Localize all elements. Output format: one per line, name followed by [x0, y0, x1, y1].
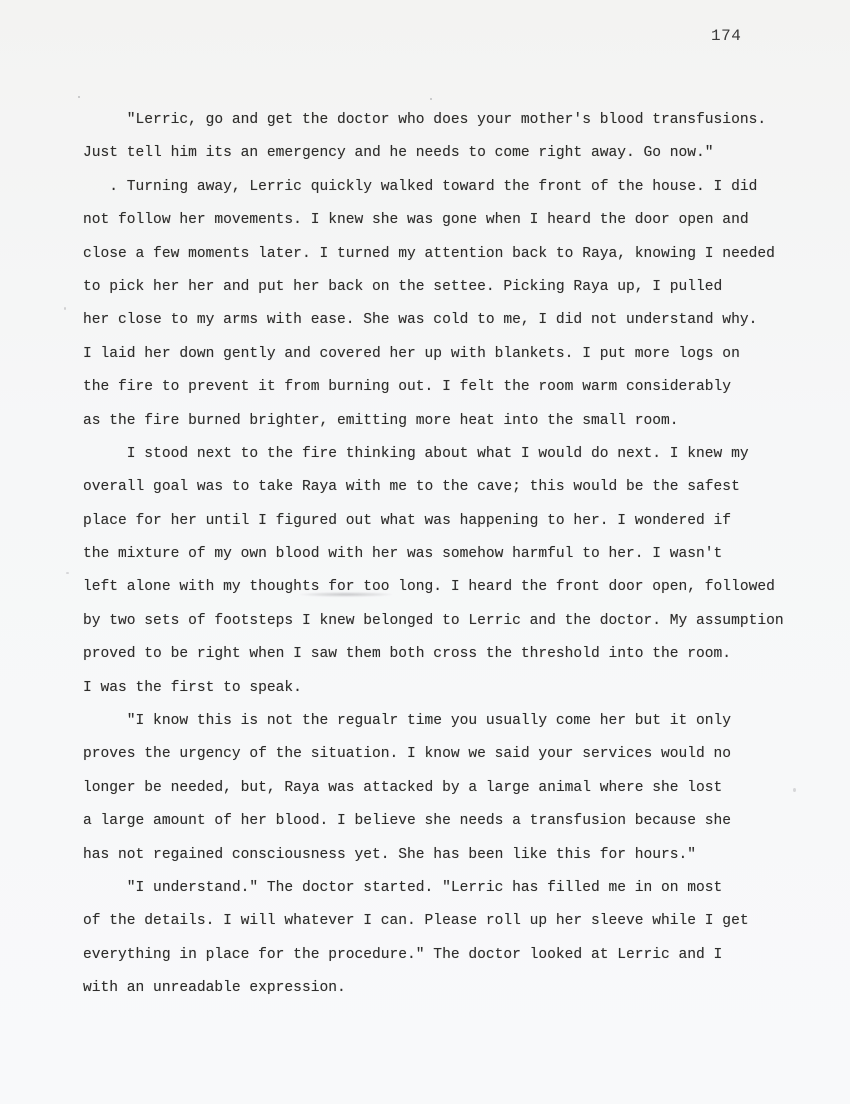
text-line: with an unreadable expression. — [83, 972, 813, 1005]
text-line: the fire to prevent it from burning out.… — [83, 371, 813, 404]
text-line: a large amount of her blood. I believe s… — [83, 805, 813, 838]
scan-speck — [66, 572, 69, 574]
manuscript-page: 174 "Lerric, go and get the doctor who d… — [0, 0, 850, 1104]
text-line: has not regained consciousness yet. She … — [83, 839, 813, 872]
text-line: close a few moments later. I turned my a… — [83, 238, 813, 271]
scan-speck — [430, 98, 432, 100]
text-line: her close to my arms with ease. She was … — [83, 304, 813, 337]
text-line: to pick her her and put her back on the … — [83, 271, 813, 304]
text-line: "I understand." The doctor started. "Ler… — [83, 872, 813, 905]
text-line: I was the first to speak. — [83, 672, 813, 705]
text-line: longer be needed, but, Raya was attacked… — [83, 772, 813, 805]
text-line: I stood next to the fire thinking about … — [83, 438, 813, 471]
text-line: not follow her movements. I knew she was… — [83, 204, 813, 237]
scan-speck — [78, 96, 80, 98]
scan-speck — [793, 788, 796, 792]
text-line: "Lerric, go and get the doctor who does … — [83, 104, 813, 137]
text-line: place for her until I figured out what w… — [83, 505, 813, 538]
text-line: everything in place for the procedure." … — [83, 939, 813, 972]
text-line: the mixture of my own blood with her was… — [83, 538, 813, 571]
text-line: proved to be right when I saw them both … — [83, 638, 813, 671]
text-line: as the fire burned brighter, emitting mo… — [83, 405, 813, 438]
text-line: by two sets of footsteps I knew belonged… — [83, 605, 813, 638]
text-line: left alone with my thoughts for too long… — [83, 571, 813, 604]
text-line: I laid her down gently and covered her u… — [83, 338, 813, 371]
scan-smudge — [300, 592, 392, 597]
text-line: of the details. I will whatever I can. P… — [83, 905, 813, 938]
scan-speck — [64, 307, 66, 310]
text-line: overall goal was to take Raya with me to… — [83, 471, 813, 504]
text-line: proves the urgency of the situation. I k… — [83, 738, 813, 771]
text-line: "I know this is not the regualr time you… — [83, 705, 813, 738]
page-number: 174 — [711, 27, 741, 45]
text-line: Just tell him its an emergency and he ne… — [83, 137, 813, 170]
text-line: . Turning away, Lerric quickly walked to… — [83, 171, 813, 204]
manuscript-text: "Lerric, go and get the doctor who does … — [83, 104, 813, 1006]
